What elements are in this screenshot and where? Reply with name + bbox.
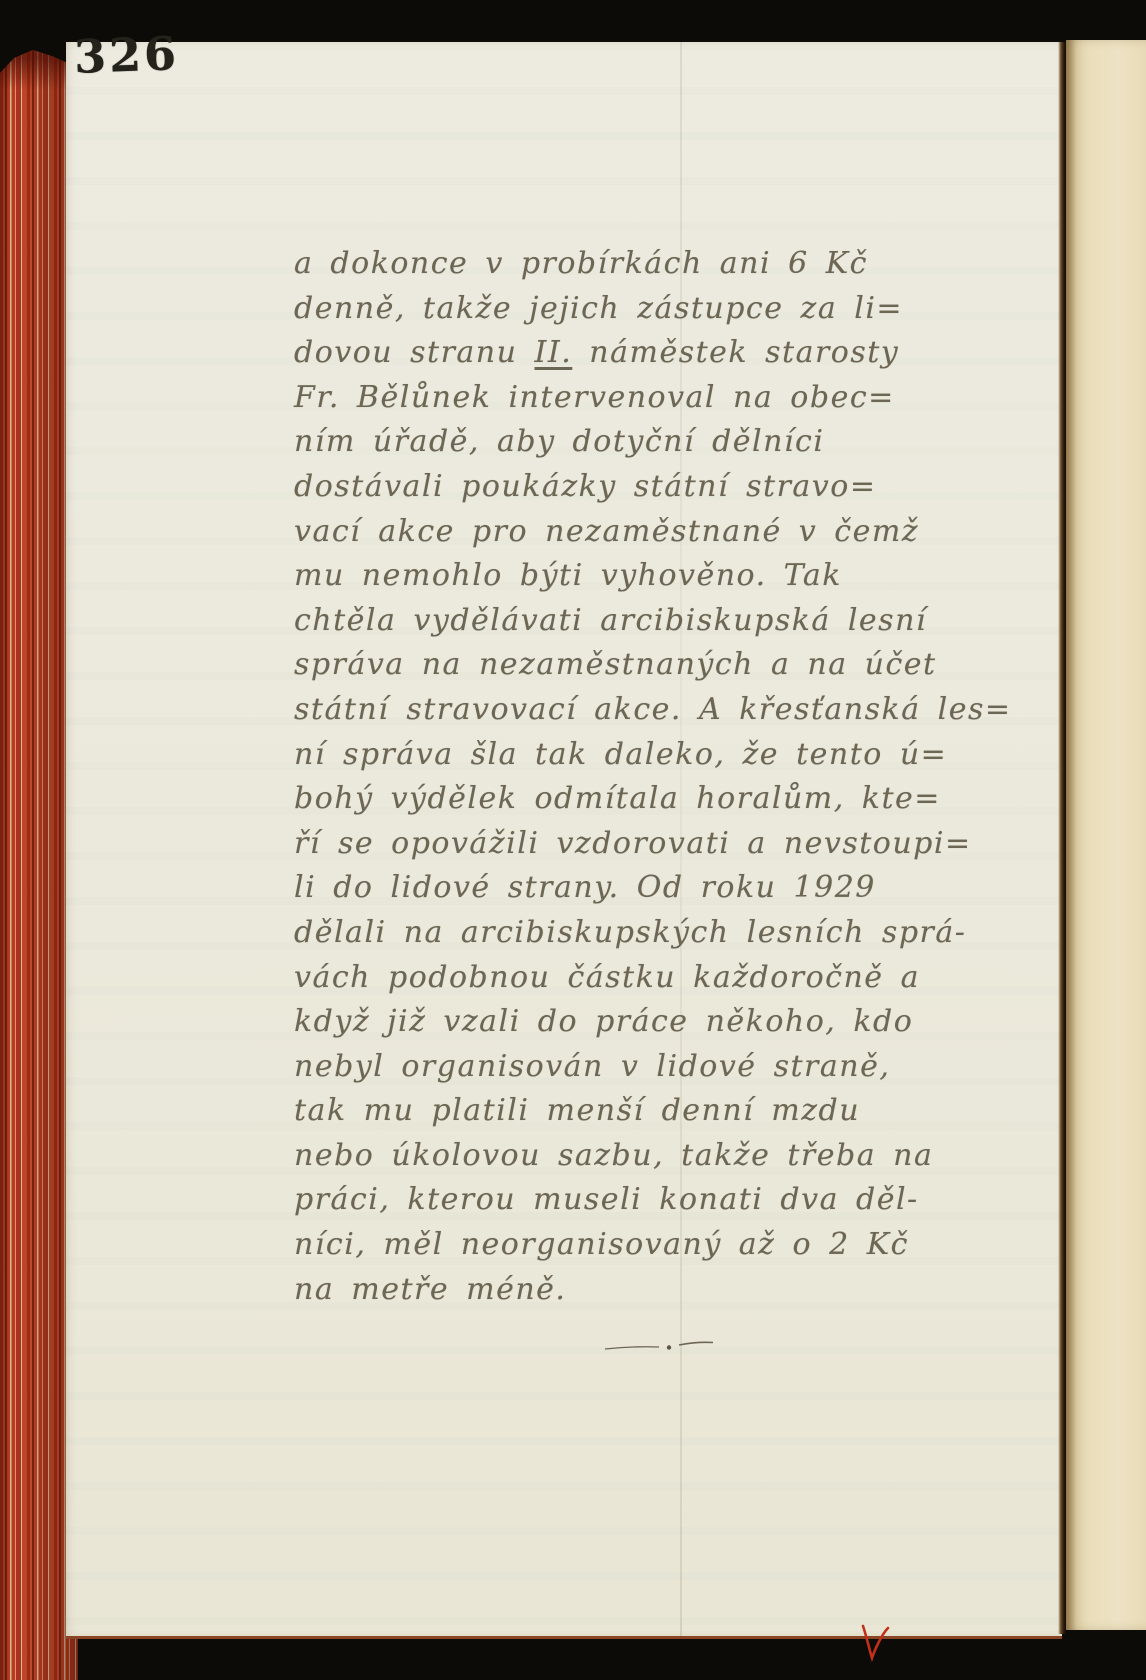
facing-page-edge: [1066, 40, 1146, 1630]
handwriting-line: li do lidové strany. Od roku 1929: [294, 866, 994, 911]
handwriting-line: vách podobnou částku každoročně a: [294, 956, 994, 1001]
handwriting-segment: náměstek starosty: [572, 335, 899, 370]
handwriting-line: dostávali poukázky státní stravo=: [294, 465, 994, 510]
handwriting-line: správa na nezaměstnaných a na účet: [294, 643, 994, 688]
handwriting-line: denně, takže jejich zástupce za li=: [294, 287, 994, 332]
handwriting-line: mu nemohlo býti vyhověno. Tak: [294, 554, 994, 599]
handwriting-line: dělali na arcibiskupských lesních sprá-: [294, 911, 994, 956]
handwriting-line: práci, kterou museli konati dva děl-: [294, 1178, 994, 1223]
handwriting-line: bohý výdělek odmítala horalům, kte=: [294, 777, 994, 822]
handwriting-segment: dovou stranu: [294, 335, 535, 370]
handwriting-line: státní stravovací akce. A křesťanská les…: [294, 688, 994, 733]
handwriting-line: ním úřadě, aby dotyční dělníci: [294, 420, 994, 465]
handwriting-line: ří se opovážili vzdorovati a nevstoupi=: [294, 822, 994, 867]
handwriting-line: nebo úkolovou sazbu, takže třeba na: [294, 1134, 994, 1179]
red-tick-mark: [858, 1622, 892, 1674]
handwriting-line: Fr. Bělůnek intervenoval na obec=: [294, 376, 994, 421]
handwriting-line: tak mu platili menší denní mzdu: [294, 1089, 994, 1134]
book-spine-gutter: [1058, 42, 1066, 1634]
open-book-scan: 326 a dokonce v probírkách ani 6 Kč denn…: [0, 0, 1146, 1680]
handwriting-line: chtěla vydělávati arcibiskupská lesní: [294, 599, 994, 644]
section-end-divider-mark: [603, 1338, 723, 1354]
page-number-stamp: 326: [73, 26, 180, 84]
handwriting-line: když již vzali do práce někoho, kdo: [294, 1000, 994, 1045]
manuscript-page: 326 a dokonce v probírkách ani 6 Kč denn…: [66, 42, 1062, 1639]
handwriting-line: vací akce pro nezaměstnané v čemž: [294, 510, 994, 555]
handwriting-line: níci, měl neorganisovaný až o 2 Kč: [294, 1223, 994, 1268]
handwriting-line: ní správa šla tak daleko, že tento ú=: [294, 733, 994, 778]
handwriting-line: na metře méně.: [294, 1268, 994, 1313]
handwriting-line: a dokonce v probírkách ani 6 Kč: [294, 242, 994, 287]
handwritten-text-block: a dokonce v probírkách ani 6 Kč denně, t…: [294, 242, 994, 1312]
handwriting-line: nebyl organisován v lidové straně,: [294, 1045, 994, 1090]
underlined-numeral: II.: [535, 335, 573, 370]
handwriting-line: dovou stranu II. náměstek starosty: [294, 331, 994, 376]
